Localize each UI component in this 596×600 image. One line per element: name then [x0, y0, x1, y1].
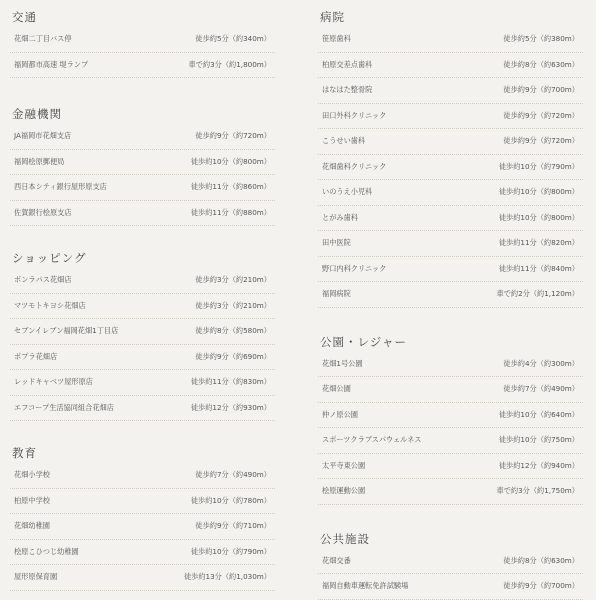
facility-row: 花畑小学校 徒歩約7分（約490m）	[10, 463, 275, 489]
facility-row: 柏原交差点歯科 徒歩約8分（約630m）	[318, 53, 583, 79]
facility-name: 福岡都市高速 堤ランプ	[14, 60, 88, 70]
facility-distance: 徒歩約9分（約700m）	[503, 581, 579, 591]
facility-name: 柏原中学校	[14, 496, 50, 506]
facility-distance: 車で約3分（約1,750m）	[497, 486, 579, 496]
facility-row: とがみ歯科 徒歩約10分（約800m）	[318, 206, 583, 232]
facility-name: 田中医院	[322, 238, 351, 248]
facility-name: 福岡病院	[322, 289, 351, 299]
facility-section: 金融機関 JA福岡市花畑支店 徒歩約9分（約720m） 福岡桧原郵便局 徒歩約1…	[10, 104, 275, 226]
facility-distance: 徒歩約11分（約820m）	[499, 238, 579, 248]
section-title: 金融機関	[10, 104, 275, 124]
facility-distance: 徒歩約9分（約720m）	[503, 136, 579, 146]
section-title: 交通	[10, 7, 275, 27]
facility-row: 笹原歯科 徒歩約5分（約380m）	[318, 27, 583, 53]
facility-distance: 徒歩約10分（約800m）	[499, 187, 579, 197]
facility-distance: 車で約3分（約1,800m）	[189, 60, 271, 70]
facility-distance: 徒歩約8分（約630m）	[503, 556, 579, 566]
facility-row: 花畑公園 徒歩約7分（約490m）	[318, 377, 583, 403]
facility-distance: 徒歩約9分（約690m）	[195, 352, 271, 362]
facility-distance: 徒歩約10分（約800m）	[191, 157, 271, 167]
facility-row: 野口内科クリニック 徒歩約11分（約840m）	[318, 257, 583, 283]
facility-name: マツモトキヨシ花畑店	[14, 301, 86, 311]
facility-distance: 徒歩約4分（約300m）	[503, 359, 579, 369]
left-column: 交通 花畑二丁目バス停 徒歩約5分（約340m） 福岡都市高速 堤ランプ 車で約…	[10, 0, 275, 591]
facility-list: 花畑1号公園 徒歩約4分（約300m） 花畑公園 徒歩約7分（約490m） 仲ノ…	[318, 352, 583, 505]
facility-row: 花畑幼稚園 徒歩約9分（約710m）	[10, 514, 275, 540]
facility-name: 花畑交番	[322, 556, 351, 566]
facility-name: 野口内科クリニック	[322, 264, 386, 274]
facility-name: ボンラパス花畑店	[14, 275, 72, 285]
facility-section: ショッピング ボンラパス花畑店 徒歩約3分（約210m） マツモトキヨシ花畑店 …	[10, 248, 275, 421]
facility-distance: 徒歩約9分（約710m）	[195, 521, 271, 531]
facility-distance: 徒歩約11分（約830m）	[191, 377, 271, 387]
facility-row: 福岡桧原郵便局 徒歩約10分（約800m）	[10, 150, 275, 176]
facility-row: 田口外科クリニック 徒歩約9分（約720m）	[318, 104, 583, 130]
facility-distance: 徒歩約10分（約750m）	[499, 435, 579, 445]
facility-row: ポプラ花畑店 徒歩約9分（約690m）	[10, 345, 275, 371]
facility-distance: 車で約2分（約1,120m）	[497, 289, 579, 299]
facility-name: 花畑二丁目バス停	[14, 34, 72, 44]
facility-name: とがみ歯科	[322, 213, 358, 223]
facility-list: 花畑小学校 徒歩約7分（約490m） 柏原中学校 徒歩約10分（約780m） 花…	[10, 463, 275, 591]
facility-row: 福岡都市高速 堤ランプ 車で約3分（約1,800m）	[10, 53, 275, 79]
facility-name: 桧原こひつじ幼稚園	[14, 547, 79, 557]
facility-name: レッドキャベツ屋形原店	[14, 377, 93, 387]
section-title: 公園・レジャー	[318, 332, 583, 352]
facility-section: 病院 笹原歯科 徒歩約5分（約380m） 柏原交差点歯科 徒歩約8分（約630m…	[318, 7, 583, 308]
facility-row: 花畑二丁目バス停 徒歩約5分（約340m）	[10, 27, 275, 53]
facility-distance: 徒歩約9分（約720m）	[195, 131, 271, 141]
facility-distance: 徒歩約11分（約860m）	[191, 182, 271, 192]
facility-row: 桧原こひつじ幼稚園 徒歩約10分（約790m）	[10, 540, 275, 566]
facility-distance: 徒歩約8分（約580m）	[195, 326, 271, 336]
facility-name: 花畑公園	[322, 384, 351, 394]
facility-distance: 徒歩約3分（約210m）	[195, 275, 271, 285]
facility-distance: 徒歩約13分（約1,030m）	[184, 572, 271, 582]
facility-list: JA福岡市花畑支店 徒歩約9分（約720m） 福岡桧原郵便局 徒歩約10分（約8…	[10, 124, 275, 226]
facility-distance: 徒歩約10分（約790m）	[499, 162, 579, 172]
facility-distance: 徒歩約10分（約780m）	[191, 496, 271, 506]
facility-row: JA福岡市花畑支店 徒歩約9分（約720m）	[10, 124, 275, 150]
facility-name: 太平寺東公園	[322, 461, 365, 471]
facility-distance: 徒歩約7分（約490m）	[195, 470, 271, 480]
facility-name: 花畑幼稚園	[14, 521, 50, 531]
facility-name: エフコープ生活協同組合花畑店	[14, 403, 114, 413]
facility-row: エフコープ生活協同組合花畑店 徒歩約12分（約930m）	[10, 396, 275, 422]
facility-row: 仲ノ原公園 徒歩約10分（約640m）	[318, 403, 583, 429]
facility-name: はなはた整骨院	[322, 85, 372, 95]
facility-list: 笹原歯科 徒歩約5分（約380m） 柏原交差点歯科 徒歩約8分（約630m） は…	[318, 27, 583, 308]
facility-distance: 徒歩約9分（約720m）	[503, 111, 579, 121]
facility-row: スポーツクラブスパウェルネス 徒歩約10分（約750m）	[318, 428, 583, 454]
facility-name: 佐賀銀行桧原支店	[14, 208, 72, 218]
facility-row: 太平寺東公園 徒歩約12分（約940m）	[318, 454, 583, 480]
facility-name: セブンイレブン福岡花畑1丁目店	[14, 326, 118, 336]
facility-row: 花畑1号公園 徒歩約4分（約300m）	[318, 352, 583, 378]
facility-distance: 徒歩約11分（約880m）	[191, 208, 271, 218]
facility-row: マツモトキヨシ花畑店 徒歩約3分（約210m）	[10, 294, 275, 320]
facility-name: スポーツクラブスパウェルネス	[322, 435, 421, 445]
facility-name: 柏原交差点歯科	[322, 60, 372, 70]
facility-row: はなはた整骨院 徒歩約9分（約700m）	[318, 78, 583, 104]
facility-name: 田口外科クリニック	[322, 111, 386, 121]
facility-distance: 徒歩約12分（約930m）	[191, 403, 271, 413]
section-title: 公共施設	[318, 529, 583, 549]
facility-row: 西日本シティ銀行屋形原支店 徒歩約11分（約860m）	[10, 175, 275, 201]
facility-row: 福岡自動車運転免許試験場 徒歩約9分（約700m）	[318, 574, 583, 600]
facility-name: こうせい歯科	[322, 136, 365, 146]
facility-row: 佐賀銀行桧原支店 徒歩約11分（約880m）	[10, 201, 275, 227]
facility-row: 柏原中学校 徒歩約10分（約780m）	[10, 489, 275, 515]
facility-name: 桧原運動公園	[322, 486, 365, 496]
facility-row: 花畑歯科クリニック 徒歩約10分（約790m）	[318, 155, 583, 181]
right-column: 病院 笹原歯科 徒歩約5分（約380m） 柏原交差点歯科 徒歩約8分（約630m…	[318, 0, 583, 600]
facility-name: 西日本シティ銀行屋形原支店	[14, 182, 107, 192]
facility-section: 交通 花畑二丁目バス停 徒歩約5分（約340m） 福岡都市高速 堤ランプ 車で約…	[10, 7, 275, 78]
facility-distance: 徒歩約12分（約940m）	[499, 461, 579, 471]
facility-distance: 徒歩約5分（約340m）	[195, 34, 271, 44]
facility-row: 福岡病院 車で約2分（約1,120m）	[318, 282, 583, 308]
facility-section: 教育 花畑小学校 徒歩約7分（約490m） 柏原中学校 徒歩約10分（約780m…	[10, 443, 275, 591]
facility-name: 仲ノ原公園	[322, 410, 358, 420]
facility-row: セブンイレブン福岡花畑1丁目店 徒歩約8分（約580m）	[10, 319, 275, 345]
facility-name: 花畑小学校	[14, 470, 50, 480]
facility-row: いのうえ小児科 徒歩約10分（約800m）	[318, 180, 583, 206]
facility-name: 花畑歯科クリニック	[322, 162, 386, 172]
facility-distance: 徒歩約10分（約640m）	[499, 410, 579, 420]
facility-distance: 徒歩約10分（約790m）	[191, 547, 271, 557]
facility-name: 福岡自動車運転免許試験場	[322, 581, 408, 591]
facility-list: 花畑交番 徒歩約8分（約630m） 福岡自動車運転免許試験場 徒歩約9分（約70…	[318, 549, 583, 600]
facility-row: 田中医院 徒歩約11分（約820m）	[318, 231, 583, 257]
facility-section: 公園・レジャー 花畑1号公園 徒歩約4分（約300m） 花畑公園 徒歩約7分（約…	[318, 332, 583, 505]
facility-row: 屋形原保育園 徒歩約13分（約1,030m）	[10, 565, 275, 591]
section-title: 教育	[10, 443, 275, 463]
facility-distance: 徒歩約3分（約210m）	[195, 301, 271, 311]
facility-row: こうせい歯科 徒歩約9分（約720m）	[318, 129, 583, 155]
facility-distance: 徒歩約5分（約380m）	[503, 34, 579, 44]
facility-name: 花畑1号公園	[322, 359, 363, 369]
facility-list: 花畑二丁目バス停 徒歩約5分（約340m） 福岡都市高速 堤ランプ 車で約3分（…	[10, 27, 275, 78]
section-title: 病院	[318, 7, 583, 27]
facility-name: いのうえ小児科	[322, 187, 372, 197]
facility-distance: 徒歩約7分（約490m）	[503, 384, 579, 394]
facility-distance: 徒歩約8分（約630m）	[503, 60, 579, 70]
facility-list: ボンラパス花畑店 徒歩約3分（約210m） マツモトキヨシ花畑店 徒歩約3分（約…	[10, 268, 275, 421]
facility-distance: 徒歩約11分（約840m）	[499, 264, 579, 274]
section-title: ショッピング	[10, 248, 275, 268]
facility-row: レッドキャベツ屋形原店 徒歩約11分（約830m）	[10, 370, 275, 396]
facility-name: JA福岡市花畑支店	[14, 131, 71, 141]
facility-distance: 徒歩約9分（約700m）	[503, 85, 579, 95]
facility-name: 笹原歯科	[322, 34, 351, 44]
facility-name: ポプラ花畑店	[14, 352, 57, 362]
facility-name: 屋形原保育園	[14, 572, 57, 582]
facility-row: ボンラパス花畑店 徒歩約3分（約210m）	[10, 268, 275, 294]
facility-row: 桧原運動公園 車で約3分（約1,750m）	[318, 479, 583, 505]
facility-row: 花畑交番 徒歩約8分（約630m）	[318, 549, 583, 575]
facility-distance: 徒歩約10分（約800m）	[499, 213, 579, 223]
facility-section: 公共施設 花畑交番 徒歩約8分（約630m） 福岡自動車運転免許試験場 徒歩約9…	[318, 529, 583, 600]
facility-name: 福岡桧原郵便局	[14, 157, 64, 167]
